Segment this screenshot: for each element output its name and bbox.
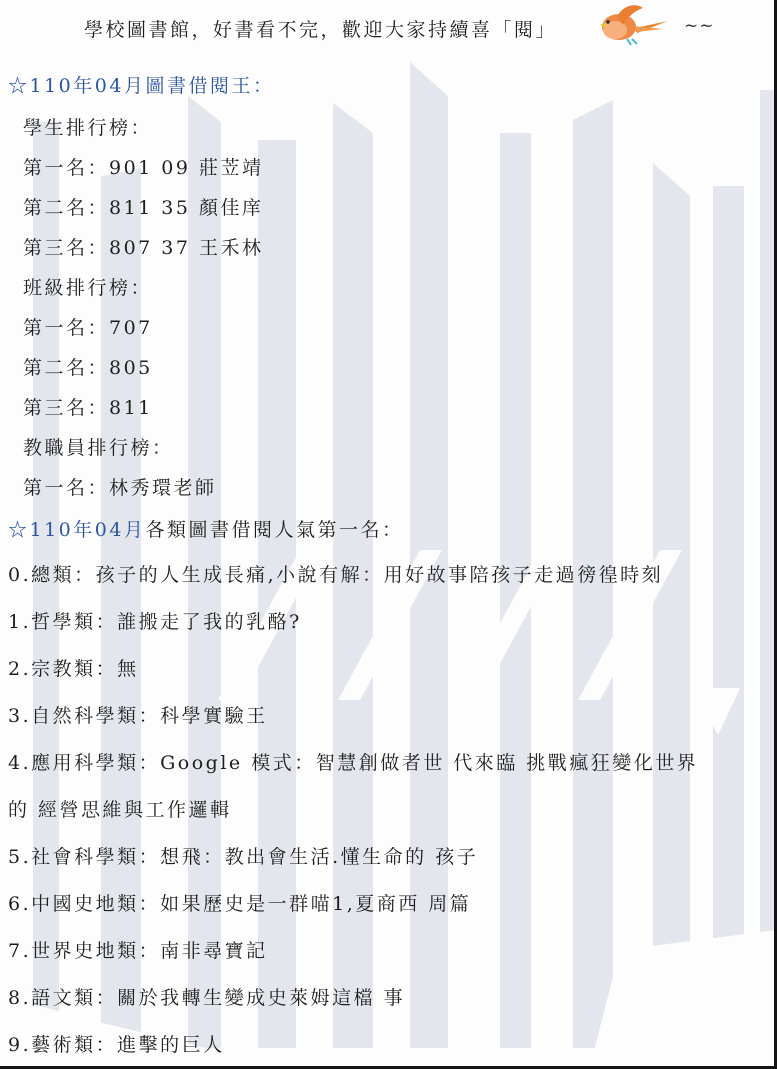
category-line-8: 8.語文類：關於我轉生變成史萊姆這檔 事 bbox=[0, 975, 777, 1022]
staff-ranking-heading: 教職員排行榜： bbox=[0, 428, 777, 468]
header-tilde: ~~ bbox=[684, 16, 715, 36]
category-top-title-rest: 各類圖書借閱人氣第一名： bbox=[145, 519, 403, 541]
category-line-9: 9.藝術類：進擊的巨人 bbox=[0, 1022, 777, 1069]
student-ranking-heading: 學生排行榜： bbox=[0, 108, 777, 148]
category-line-2: 2.宗教類：無 bbox=[0, 646, 777, 693]
header-text: 學校圖書館，好書看不完，歡迎大家持續喜「閱」 bbox=[84, 19, 557, 41]
category-line-3: 3.自然科學類：科學實驗王 bbox=[0, 693, 777, 740]
document-content: 學校圖書館，好書看不完，歡迎大家持續喜「閱」 ~~ ☆110年04月圖書借閱王：… bbox=[0, 0, 777, 1069]
category-top-title: ☆110年04月各類圖書借閱人氣第一名： bbox=[0, 508, 777, 552]
borrow-king-title: ☆110年04月圖書借閱王： bbox=[0, 64, 777, 108]
flying-bird-icon bbox=[597, 2, 671, 48]
class-ranking-heading: 班級排行榜： bbox=[0, 268, 777, 308]
student-rank-1: 第一名：901 09 莊苙靖 bbox=[0, 148, 777, 188]
category-line-4: 4.應用科學類：Google 模式：智慧創做者世 代來臨 挑戰瘋狂變化世界 bbox=[0, 740, 777, 787]
class-rank-3: 第三名：811 bbox=[0, 388, 777, 428]
class-rank-1: 第一名：707 bbox=[0, 308, 777, 348]
category-line-5: 5.社會科學類：想飛：教出會生活.懂生命的 孩子 bbox=[0, 834, 777, 881]
category-line-7: 7.世界史地類：南非尋寶記 bbox=[0, 928, 777, 975]
category-line-6: 6.中國史地類：如果歷史是一群喵1,夏商西 周篇 bbox=[0, 881, 777, 928]
staff-rank-1: 第一名：林秀環老師 bbox=[0, 468, 777, 508]
category-line-4-continued: 的 經營思維與工作邏輯 bbox=[0, 787, 777, 834]
student-rank-2: 第二名：811 35 顏佳庠 bbox=[0, 188, 777, 228]
document-page: 學校圖書館，好書看不完，歡迎大家持續喜「閱」 ~~ ☆110年04月圖書借閱王：… bbox=[0, 0, 777, 1069]
category-line-1: 1.哲學類：誰搬走了我的乳酪? bbox=[0, 599, 777, 646]
class-rank-2: 第二名：805 bbox=[0, 348, 777, 388]
category-top-title-date: ☆110年04月 bbox=[8, 519, 145, 541]
student-rank-3: 第三名：807 37 王禾林 bbox=[0, 228, 777, 268]
category-line-0: 0.總類：孩子的人生成長痛,小說有解：用好故事陪孩子走過徬徨時刻 bbox=[0, 552, 777, 599]
